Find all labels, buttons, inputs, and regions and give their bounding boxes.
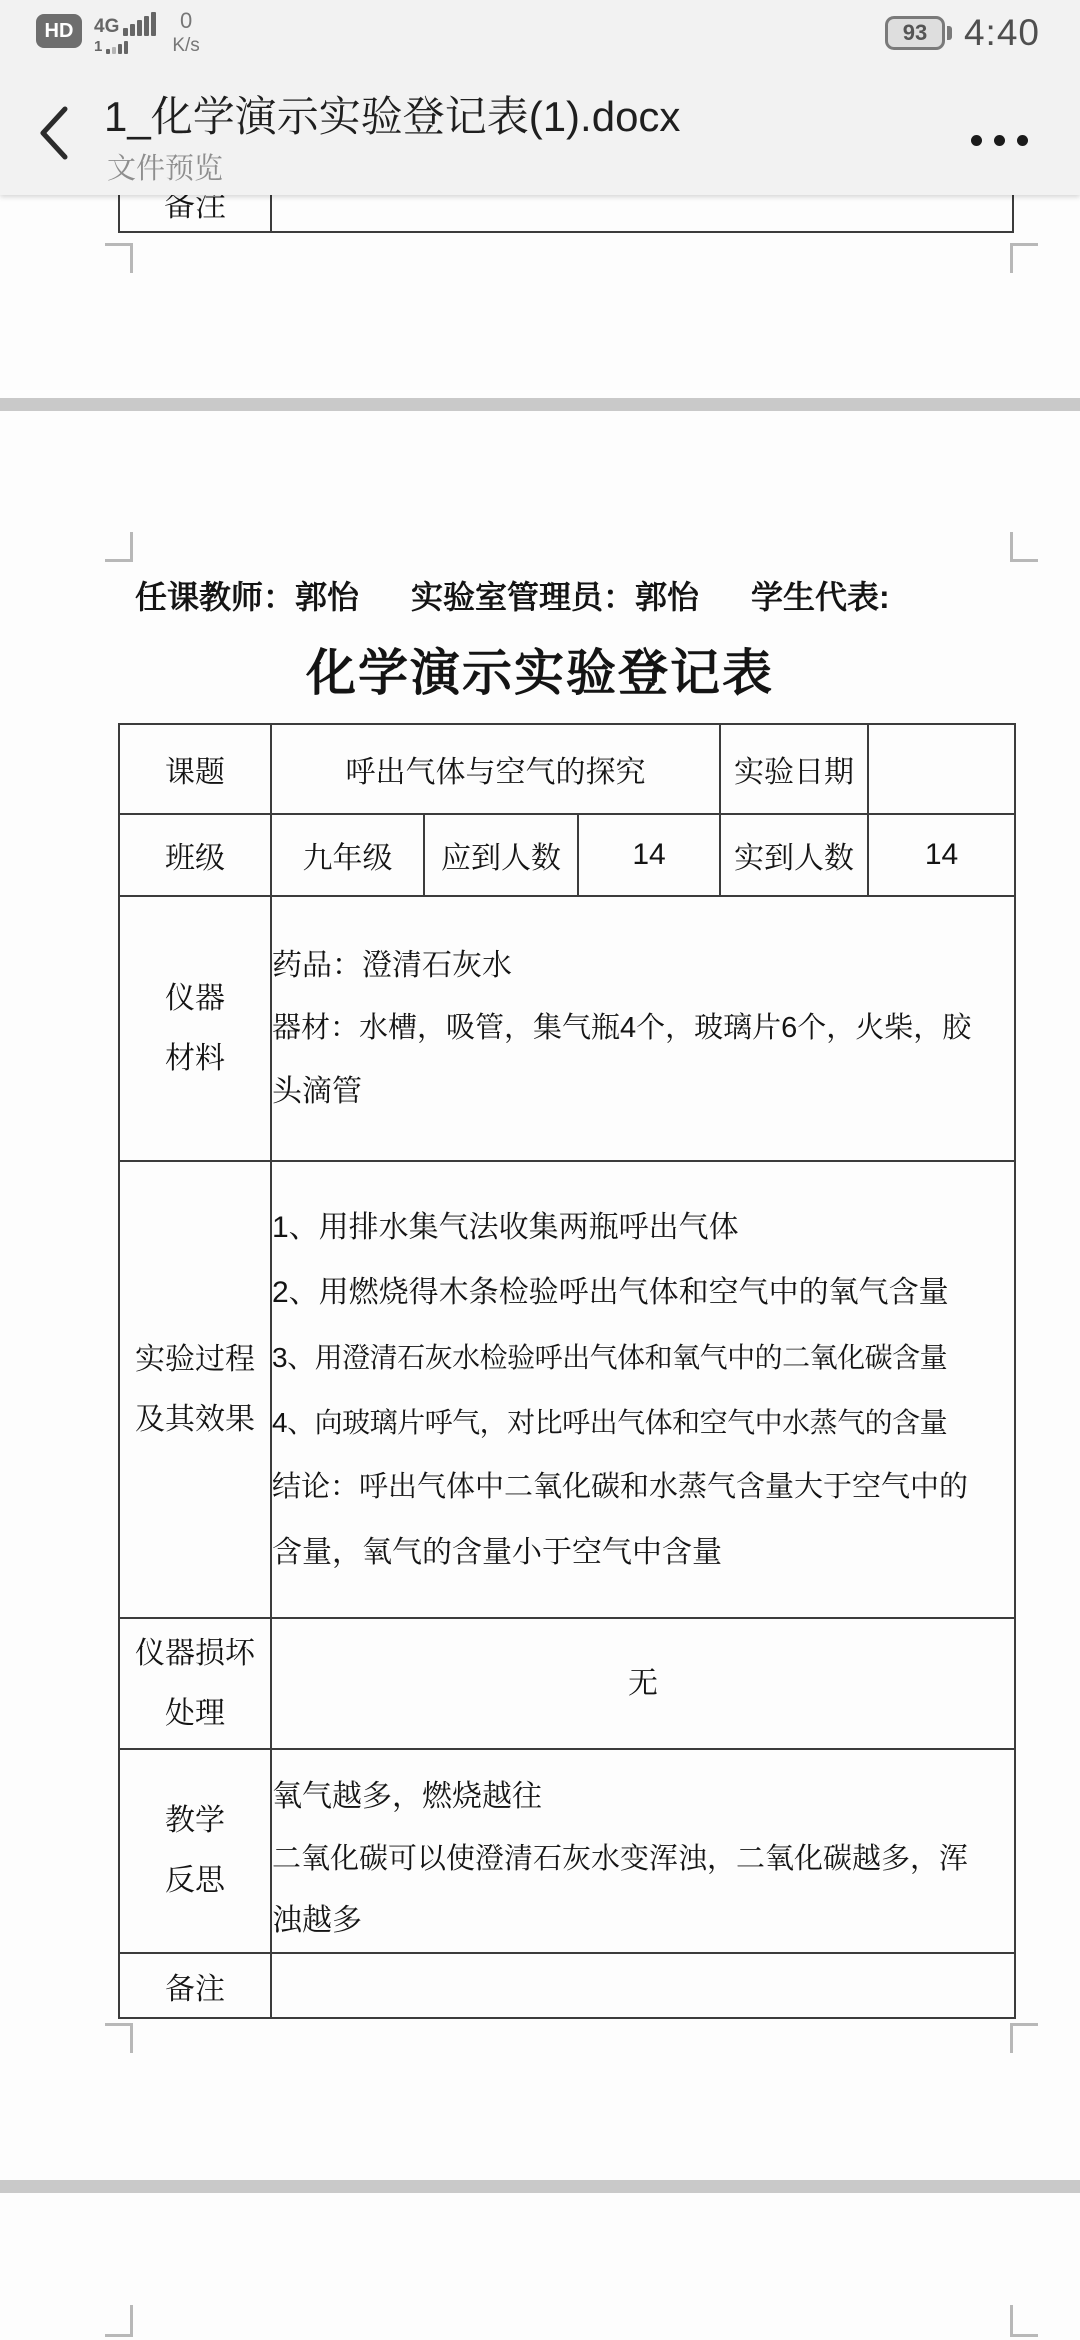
cell-remark-label-clipped: 备注 <box>120 195 270 225</box>
teacher-field: 任课教师：郭怡 <box>135 572 359 618</box>
cell-expected-value: 14 <box>578 814 720 896</box>
cell-class-value: 九年级 <box>271 814 424 896</box>
speed-value: 0 <box>180 10 192 32</box>
margin-mark <box>1010 243 1038 273</box>
signal-icon: 4G 1 <box>94 12 156 54</box>
clock: 4:40 <box>964 12 1040 54</box>
cell-damage-value: 无 <box>271 1618 1015 1749</box>
margin-mark <box>105 2305 133 2337</box>
more-dot-icon <box>1017 135 1028 146</box>
app-header: HD 4G 1 0 K/s 93 4:40 <box>0 0 1080 195</box>
battery-icon: 93 <box>885 16 945 50</box>
status-bar-right: 93 4:40 <box>885 12 1040 54</box>
speed-unit: K/s <box>172 36 199 55</box>
more-menu-button[interactable] <box>960 118 1038 162</box>
document-title: 化学演示实验登记表 <box>0 633 1080 705</box>
cell-actual-label: 实到人数 <box>720 814 868 896</box>
network-type-label: 4G <box>94 17 119 36</box>
cell-date-value <box>868 724 1015 814</box>
document-viewport[interactable]: 备注 任课教师：郭怡 实验室管理员：郭怡 学生代表: 化学演示实验登记表 课题 … <box>0 195 1080 2340</box>
table-row-reflection: 教学 反思 氧气越多，燃烧越往 二氧化碳可以使澄清石灰水变浑浊，二氧化碳越多，浑… <box>119 1749 1015 1953</box>
table-row-remark: 备注 <box>119 1953 1015 2018</box>
status-bar-left: HD 4G 1 0 K/s <box>36 8 200 55</box>
page-separator <box>0 398 1080 411</box>
cell-reflection-label: 教学 反思 <box>119 1749 271 1953</box>
margin-mark <box>105 532 133 562</box>
cell-date-label: 实验日期 <box>720 724 868 814</box>
registration-table: 课题 呼出气体与空气的探究 实验日期 班级 九年级 应到人数 14 实到人数 1… <box>118 723 1016 2019</box>
cell-process-label: 实验过程 及其效果 <box>119 1161 271 1618</box>
page-separator <box>0 2180 1080 2193</box>
margin-mark <box>1010 2023 1038 2053</box>
back-button[interactable] <box>24 100 84 166</box>
cell-materials-label: 仪器 材料 <box>119 896 271 1161</box>
battery-nub-icon <box>947 26 952 40</box>
hd-voLTE-icon: HD <box>36 14 82 48</box>
file-title: 1_化学演示实验登记表(1).docx <box>104 84 680 144</box>
table-row-damage: 仪器损坏 处理 无 <box>119 1618 1015 1749</box>
signal-bars-sim2-icon <box>106 41 128 54</box>
teacher-info-line: 任课教师：郭怡 实验室管理员：郭怡 学生代表: <box>135 572 890 618</box>
table-divider <box>270 195 272 233</box>
cell-materials-value: 药品：澄清石灰水 器材：水槽，吸管，集气瓶4个，玻璃片6个，火柴，胶 头滴管 <box>271 896 1015 1161</box>
cell-damage-label: 仪器损坏 处理 <box>119 1618 271 1749</box>
student-rep-field: 学生代表: <box>751 572 890 618</box>
cell-reflection-value: 氧气越多，燃烧越往 二氧化碳可以使澄清石灰水变浑浊，二氧化碳越多，浑 浊越多 <box>271 1749 1015 1953</box>
margin-mark <box>105 2023 133 2053</box>
cell-expected-label: 应到人数 <box>424 814 578 896</box>
margin-mark <box>1010 532 1038 562</box>
cell-remark-value <box>271 1953 1015 2018</box>
back-chevron-icon <box>37 105 71 161</box>
table-row-process: 实验过程 及其效果 1、用排水集气法收集两瓶呼出气体 2、用燃烧得木条检验呼出气… <box>119 1161 1015 1618</box>
cell-process-value: 1、用排水集气法收集两瓶呼出气体 2、用燃烧得木条检验呼出气体和空气中的氧气含量… <box>271 1161 1015 1618</box>
more-dot-icon <box>994 135 1005 146</box>
more-dot-icon <box>971 135 982 146</box>
table-row-subject: 课题 呼出气体与空气的探究 实验日期 <box>119 724 1015 814</box>
cell-subject-value: 呼出气体与空气的探究 <box>271 724 720 814</box>
preview-mode-label: 文件预览 <box>107 146 223 187</box>
table-row-class: 班级 九年级 应到人数 14 实到人数 14 <box>119 814 1015 896</box>
margin-mark <box>1010 2305 1038 2337</box>
cell-remark-label: 备注 <box>119 1953 271 2018</box>
cell-class-label: 班级 <box>119 814 271 896</box>
table-row-materials: 仪器 材料 药品：澄清石灰水 器材：水槽，吸管，集气瓶4个，玻璃片6个，火柴，胶… <box>119 896 1015 1161</box>
sim2-label: 1 <box>94 39 102 54</box>
cell-subject-label: 课题 <box>119 724 271 814</box>
previous-page-table-fragment: 备注 <box>118 195 1014 233</box>
signal-bars-sim1-icon <box>123 12 156 36</box>
network-speed: 0 K/s <box>172 10 199 55</box>
margin-mark <box>105 243 133 273</box>
cell-actual-value: 14 <box>868 814 1015 896</box>
lab-manager-field: 实验室管理员：郭怡 <box>411 572 699 618</box>
